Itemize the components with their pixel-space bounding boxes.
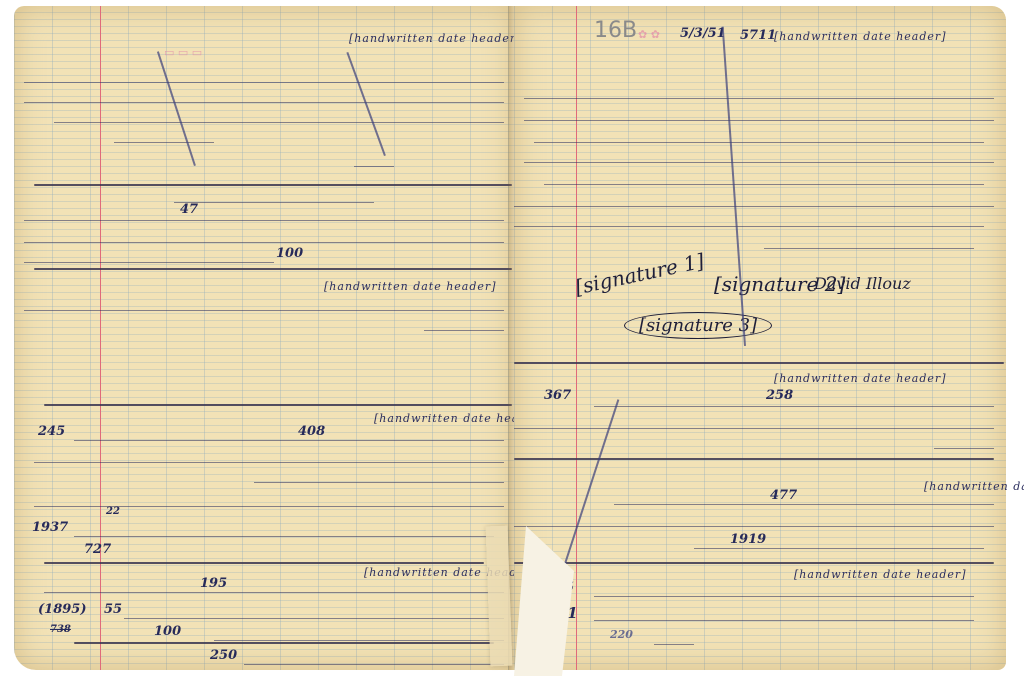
- handwritten-line: [764, 238, 974, 249]
- handwritten-line: [594, 586, 974, 597]
- handwritten-line: [34, 496, 504, 507]
- handwritten-line: [174, 192, 374, 203]
- handwritten-line: [124, 608, 504, 619]
- handwritten-line: [524, 88, 994, 99]
- faded-stamp: ✿ ✿: [638, 28, 660, 41]
- entry-divider: [44, 404, 512, 406]
- year-number: 5711: [740, 28, 776, 43]
- handwritten-line: [24, 232, 504, 243]
- entry-number: 195: [200, 576, 227, 591]
- handwritten-line: [24, 300, 504, 311]
- notebook-spread: ▭ ▭ ▭ [handwritten date header] 47 100 […: [14, 6, 1014, 676]
- handwritten-line: [594, 396, 994, 407]
- right-page: 16B ✿ ✿ 5/3/51 5711 [handwritten date he…: [514, 6, 1006, 670]
- handwritten-line: [654, 634, 694, 645]
- entry-divider: [514, 458, 994, 460]
- handwritten-line: [424, 320, 504, 331]
- entry-divider: [34, 268, 512, 270]
- handwritten-line: [514, 196, 994, 207]
- faded-stamp: ▭ ▭ ▭: [164, 46, 202, 59]
- handwritten-line: [614, 494, 994, 505]
- handwritten-line: [74, 430, 504, 441]
- cancel-slash: [157, 51, 196, 166]
- entry-number: 245: [38, 424, 65, 439]
- margin-line: [576, 6, 577, 670]
- handwritten-line-struck: [24, 210, 504, 221]
- handwritten-line: [934, 438, 994, 449]
- handwritten-line: [24, 92, 504, 103]
- cancel-slash: [722, 27, 746, 346]
- handwritten-line: [514, 516, 994, 527]
- entry-number: 100: [276, 246, 303, 261]
- signature: [signature 3]: [624, 312, 772, 339]
- pencil-reference: 16B: [594, 18, 637, 43]
- handwritten-line: [534, 132, 984, 143]
- entry-number: 727: [84, 542, 111, 557]
- entry-number: 47: [180, 202, 198, 217]
- margin-line: [100, 6, 101, 670]
- entry-divider: [514, 562, 994, 564]
- handwritten-line: [74, 526, 494, 537]
- handwritten-line: [54, 112, 504, 123]
- cancel-slash: [346, 52, 385, 156]
- left-page: ▭ ▭ ▭ [handwritten date header] 47 100 […: [14, 6, 514, 670]
- handwritten-line: [514, 418, 994, 429]
- handwritten-line: [524, 110, 994, 121]
- entry-divider: [34, 184, 512, 186]
- handwritten-line: [594, 610, 974, 621]
- entry-header: [handwritten date header]: [794, 568, 966, 581]
- entry-number: 408: [298, 424, 325, 439]
- handwritten-line: [44, 582, 504, 593]
- entry-number: 258: [766, 388, 793, 403]
- entry-number: 100: [154, 624, 181, 639]
- handwritten-line: [544, 174, 984, 185]
- entry-number: 22: [106, 506, 120, 517]
- entry-header: [handwritten date header]: [924, 480, 1024, 493]
- handwritten-line: [514, 216, 984, 227]
- entry-number-struck: 738: [50, 624, 71, 635]
- entry-divider: [44, 562, 484, 564]
- signature-david-illouz: David Illouz: [814, 274, 911, 293]
- handwritten-signature-line: [114, 132, 214, 143]
- entry-number: 367: [544, 388, 571, 403]
- handwritten-line: [214, 630, 504, 641]
- handwritten-line: [24, 252, 274, 263]
- date: 5/3/51: [680, 26, 726, 41]
- entry-number: 477: [770, 488, 797, 503]
- handwritten-line: [354, 156, 394, 167]
- entry-header: [handwritten date header]: [324, 280, 496, 293]
- entry-number: (1895): [38, 602, 86, 617]
- entry-divider: [514, 362, 1004, 364]
- handwritten-line: [524, 152, 994, 163]
- entry-number: 1919: [730, 532, 766, 547]
- entry-number: 250: [210, 648, 237, 663]
- entry-number: 1937: [32, 520, 68, 535]
- handwritten-line: [254, 472, 504, 483]
- entry-number: 55: [104, 602, 122, 617]
- handwritten-line: [244, 654, 504, 665]
- handwritten-line: [24, 72, 504, 83]
- handwritten-line: [34, 452, 504, 463]
- entry-header: [handwritten date header]: [774, 372, 946, 385]
- signature: [signature 1]: [573, 249, 706, 300]
- entry-header: [handwritten date header]: [349, 32, 521, 45]
- entry-number: 220: [610, 628, 633, 641]
- entry-divider: [74, 642, 494, 644]
- entry-header: [handwritten date header]: [774, 30, 946, 43]
